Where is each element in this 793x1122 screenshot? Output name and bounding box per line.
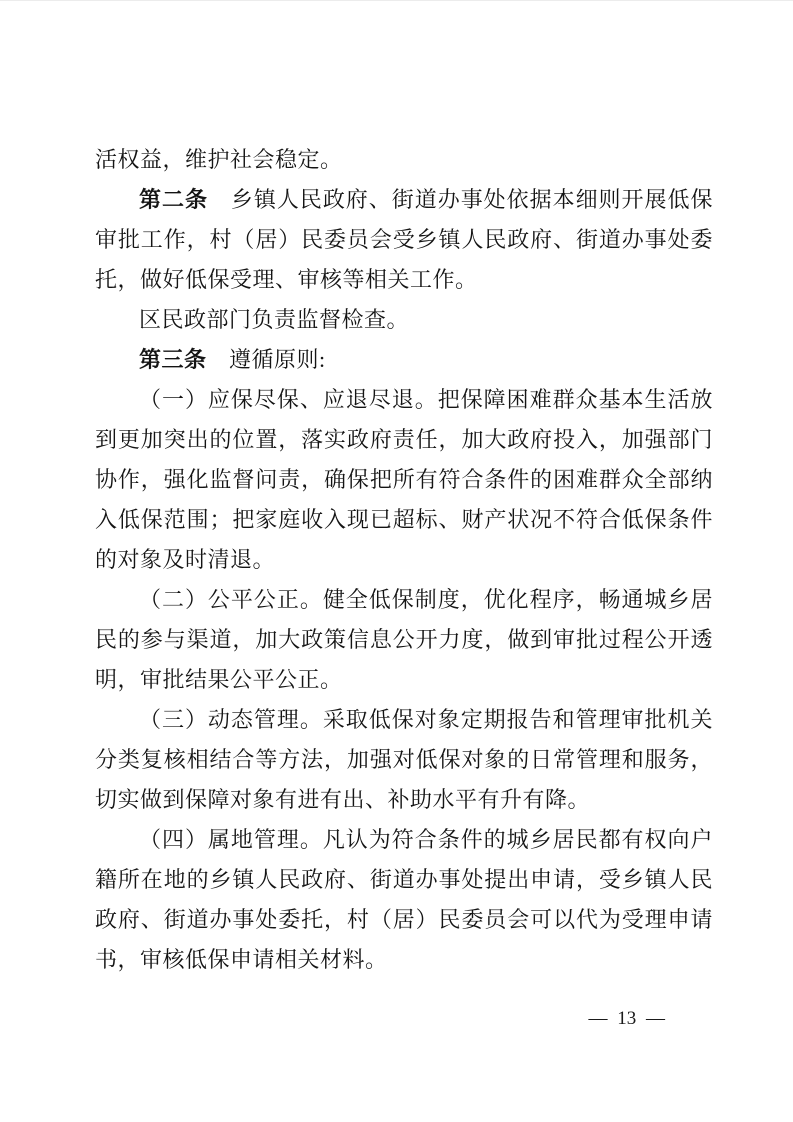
article-heading: 第三条 [139,347,207,372]
paragraph: （四）属地管理。凡认为符合条件的城乡居民都有权向户籍所在地的乡镇人民政府、街道办… [95,820,713,980]
paragraph: （二）公平公正。健全低保制度，优化程序，畅通城乡居民的参与渠道，加大政策信息公开… [95,580,713,700]
page-number: — 13 — [589,1005,666,1033]
document-page: 活权益，维护社会稳定。第二条 乡镇人民政府、街道办事处依据本细则开展低保审批工作… [0,0,793,1122]
paragraph: （一）应保尽保、应退尽退。把保障困难群众基本生活放到更加突出的位置，落实政府责任… [95,380,713,580]
paragraph: 第三条 遵循原则: [95,340,713,380]
article-heading: 第二条 [139,187,208,212]
paragraph: 区民政部门负责监督检查。 [95,300,713,340]
paragraph: 第二条 乡镇人民政府、街道办事处依据本细则开展低保审批工作，村（居）民委员会受乡… [95,180,713,300]
document-body: 活权益，维护社会稳定。第二条 乡镇人民政府、街道办事处依据本细则开展低保审批工作… [95,140,713,980]
paragraph: 活权益，维护社会稳定。 [95,140,713,180]
paragraph: （三）动态管理。采取低保对象定期报告和管理审批机关分类复核相结合等方法，加强对低… [95,700,713,820]
